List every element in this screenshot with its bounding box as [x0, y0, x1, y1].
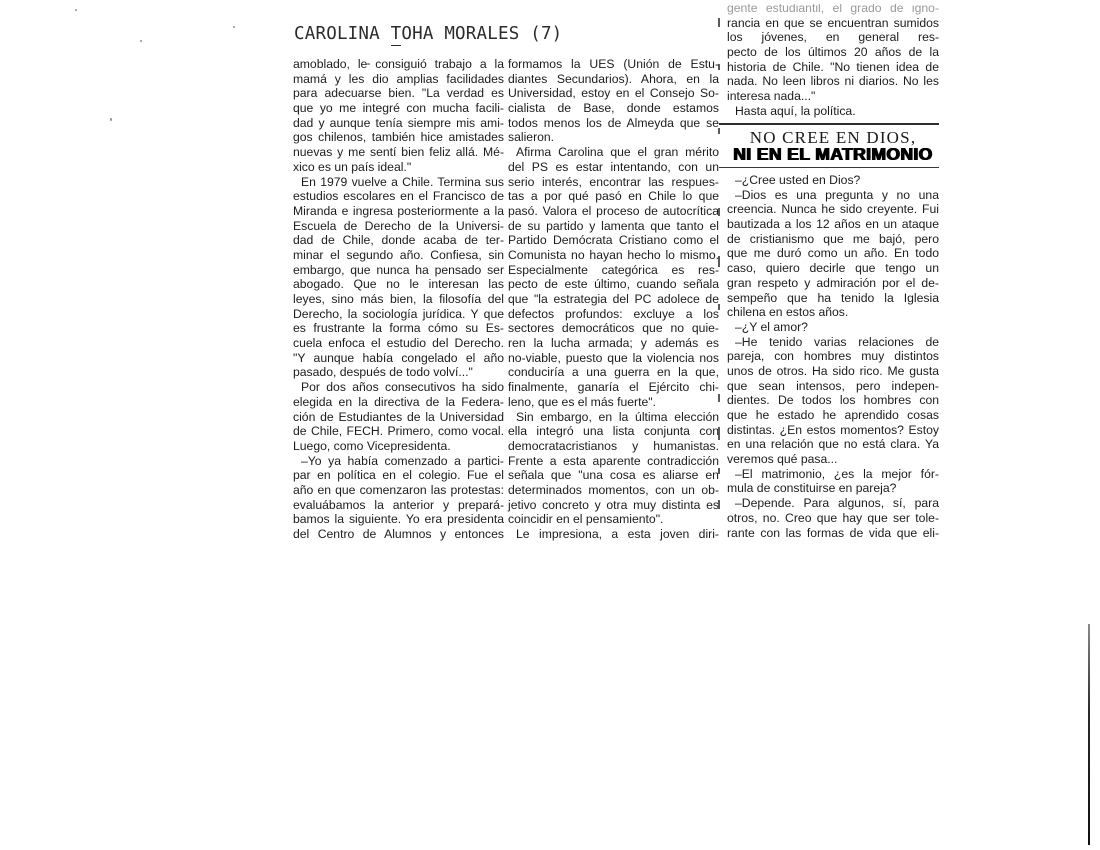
text-line: de su partido y lamenta que tanto el [508, 219, 719, 234]
text-line: sectores democráticos que no quie- [508, 321, 719, 336]
scanned-newspaper-page: CAROLINA TOHA MORALES (7) amoblado, le c… [0, 0, 1100, 850]
page-title-underlined-letter: T [391, 24, 402, 46]
text-line: minar el segundo año. Confiesa, sin [293, 248, 504, 263]
text-column-3: gente estudiantil, el grado de igno-ranc… [727, 1, 939, 540]
scan-artifact [718, 256, 720, 267]
text-line: estudios escolares en el Francisco de [293, 189, 504, 204]
text-column-1: amoblado, le consiguió trabajo a lamamá … [293, 57, 504, 542]
text-line: evaluábamos la anterior y prepará- [293, 498, 504, 513]
text-line: mula de constituirse en pareja? [727, 481, 939, 496]
scan-artifact [718, 128, 720, 134]
text-line: cuela enfoca el estudio del Derecho. [293, 336, 504, 351]
text-line: que yo me integré con mucha facili- [293, 101, 504, 116]
text-line: defectos profundos: excluye a los [508, 307, 719, 322]
text-line: amoblado, le consiguió trabajo a la [293, 57, 504, 72]
text-line: jetivo concreto y otra muy distinta es [508, 498, 719, 513]
text-line: los jóvenes, en general res- [727, 30, 939, 45]
text-line: diantes Secundarios). Ahora, en la [508, 72, 719, 87]
page-title-pre: CAROLINA [294, 24, 391, 44]
scan-speck [110, 118, 112, 121]
section-rule [719, 167, 939, 169]
text-line: Le impresiona, a esta joven diri- [508, 527, 719, 542]
text-line: ción de Estudiantes de la Universidad [293, 410, 504, 425]
text-line: Universidad, estoy en el Consejo So- [508, 86, 719, 101]
text-line: gos chilenos, también hice amistades [293, 130, 504, 145]
text-line: –Dios es una pregunta y no una [727, 188, 939, 203]
text-line: caso, quiero decirle que tengo un [727, 261, 939, 276]
text-line: conduciría a una guerra en la que, [508, 365, 719, 380]
text-line: nada. No leen libros ni diarios. No les [727, 74, 939, 89]
text-line: todos menos los de Almeyda que se [508, 116, 719, 131]
text-line: que he estado he aprendido cosas [727, 408, 939, 423]
text-line: rancia en que se encuentran sumidos [727, 16, 939, 31]
text-line: Partido Demócrata Cristiano como el [508, 233, 719, 248]
text-line: –Yo ya había comenzado a partici- [293, 454, 504, 469]
page-title: CAROLINA TOHA MORALES (7) [294, 24, 562, 44]
text-line: Frente a esta aparente contradicción [508, 454, 719, 469]
text-line: "Y aunque había congelado el año [293, 351, 504, 366]
scan-edge-line [1088, 624, 1090, 845]
text-line: veremos qué pasa... [727, 452, 939, 467]
text-line: tas a por qué pasó en Chile lo que [508, 189, 719, 204]
text-line: ella integró una lista conjunta con [508, 424, 719, 439]
text-line: dientes. De todos los hombres con [727, 393, 939, 408]
text-line: Luego, como Vicepresidenta. [293, 439, 504, 454]
scan-speck [140, 40, 142, 42]
section-heading-line1: NO CREE EN DIOS, [727, 129, 939, 146]
text-line: embargo, que nunca ha pensado ser [293, 263, 504, 278]
scan-artifact [718, 304, 720, 310]
text-line: nuevas y me sentí bien feliz allá. Mé- [293, 145, 504, 160]
text-line: de Chile, FECH. Primero, como vocal. [293, 424, 504, 439]
text-line: coincidir en el pensamiento". [508, 512, 719, 527]
text-line: Miranda e ingresa posteriormente a la [293, 204, 504, 219]
text-line: En 1979 vuelve a Chile. Termina sus [293, 175, 504, 190]
text-line: en una relación que no está clara. Ya [727, 437, 939, 452]
text-line: par en política en el colegio. Fue el [293, 468, 504, 483]
scan-speck [233, 26, 235, 28]
scan-artifact [718, 468, 720, 474]
text-line: Especialmente categórica es res- [508, 263, 719, 278]
section-rule [719, 123, 939, 125]
text-line: –He tenido varias relaciones de [727, 335, 939, 350]
scan-artifact [718, 18, 720, 27]
text-line: leno, que es el más fuerte". [508, 395, 719, 410]
text-line: señala que "una cosa es aliarse en [508, 468, 719, 483]
text-line: Afirma Carolina que el gran mérito [508, 145, 719, 160]
text-line: Sin embargo, en la última elección [508, 410, 719, 425]
text-line: dad y aunque tenía siempre mis ami- [293, 116, 504, 131]
text-line: sempeño que ha tenido la Iglesia [727, 291, 939, 306]
text-line: serio interés, encontrar las respues- [508, 175, 719, 190]
text-line: –El matrimonio, ¿es la mejor fór- [727, 467, 939, 482]
scan-speck [367, 63, 370, 65]
text-line: que me duró como un año. En todo [727, 246, 939, 261]
text-line: Por dos años consecutivos ha sido [293, 380, 504, 395]
text-line: chilena en estos años. [727, 305, 939, 320]
text-line: que "la estrategia del PC adolece de [508, 292, 719, 307]
text-line: de cristianismo que me bajó, pero [727, 232, 939, 247]
text-line: cialista de Base, donde estamos [508, 101, 719, 116]
text-line: –¿Y el amor? [727, 320, 939, 335]
text-line: xico es un país ideal." [293, 160, 504, 175]
text-line: gran respeto y admiración por el de- [727, 276, 939, 291]
scan-artifact [718, 394, 720, 402]
text-line: Comunista no hayan hecho lo mismo. [508, 248, 719, 263]
text-line: mamá y les dio amplias facilidades [293, 72, 504, 87]
text-line: Escuela de Derecho de la Universi- [293, 219, 504, 234]
text-line: salieron. [508, 130, 719, 145]
scan-artifact [718, 208, 720, 216]
text-line: elegida en la directiva de la Federa- [293, 395, 504, 410]
text-line: gente estudiantil, el grado de igno- [727, 1, 939, 16]
text-line: Hasta aquí, la política. [727, 104, 939, 119]
text-line: es frustrante la forma cómo su Es- [293, 321, 504, 336]
scan-speck [75, 9, 77, 11]
scan-artifact [718, 427, 720, 440]
text-line: pareja, con hombres muy distintos [727, 349, 939, 364]
text-line: que sean intensos, pero indepen- [727, 379, 939, 394]
text-line: leyes, sino más bien, la filosofía del [293, 292, 504, 307]
text-line: –¿Cree usted en Dios? [727, 173, 939, 188]
text-line: del Centro de Alumnos y entonces [293, 527, 504, 542]
text-line: democratacristianos y humanistas. [508, 439, 719, 454]
text-column-2: formamos la UES (Unión de Estu-diantes S… [508, 57, 719, 542]
scan-artifact [718, 64, 720, 70]
text-line: determinados momentos, con un ob- [508, 483, 719, 498]
text-line: pecto de los últimos 20 años de la [727, 45, 939, 60]
text-line: formamos la UES (Unión de Estu- [508, 57, 719, 72]
text-line: Derecho, la sociología jurídica. Y que [293, 307, 504, 322]
text-line: pecto de este último, cuando señala [508, 277, 719, 292]
text-line: del PS es estar intentando, con un [508, 160, 719, 175]
text-line: historia de Chile. "No tienen idea de [727, 60, 939, 75]
text-line: otros, no. Creo que hay que ser tole- [727, 511, 939, 526]
text-line: unos de otros. Ha sido rico. Me gusta [727, 364, 939, 379]
text-line: –Depende. Para algunos, sí, para [727, 496, 939, 511]
text-line: bautizada a los 12 años en un ataque [727, 217, 939, 232]
scan-artifact [718, 500, 720, 509]
text-line: interesa nada..." [727, 89, 939, 104]
text-line: pasado, después de todo volví..." [293, 365, 504, 380]
text-line: abogado. Que no le interesan las [293, 277, 504, 292]
text-line: ren la lucha armada; y además es [508, 336, 719, 351]
text-line: para adecuarse bien. "La verdad es [293, 86, 504, 101]
text-line: no-viable, puesto que la violencia nos [508, 351, 719, 366]
text-line: pasó. Valora el proceso de autocrítica [508, 204, 719, 219]
page-title-post: OHA MORALES (7) [401, 24, 562, 44]
section-heading-line2: NI EN EL MATRIMONIO [727, 146, 939, 163]
text-line: rante con las formas de vida que eli- [727, 526, 939, 541]
text-line: creencia. Nunca he sido creyente. Fui [727, 202, 939, 217]
text-line: finalmente, ganaría el Ejército chi- [508, 380, 719, 395]
text-line: distintas. ¿En estos momentos? Estoy [727, 423, 939, 438]
text-line: bamos la siguiente. Yo era presidenta [293, 512, 504, 527]
text-line: año en que comenzaron las protestas: [293, 483, 504, 498]
text-line: dad de Chile, donde acaba de ter- [293, 233, 504, 248]
